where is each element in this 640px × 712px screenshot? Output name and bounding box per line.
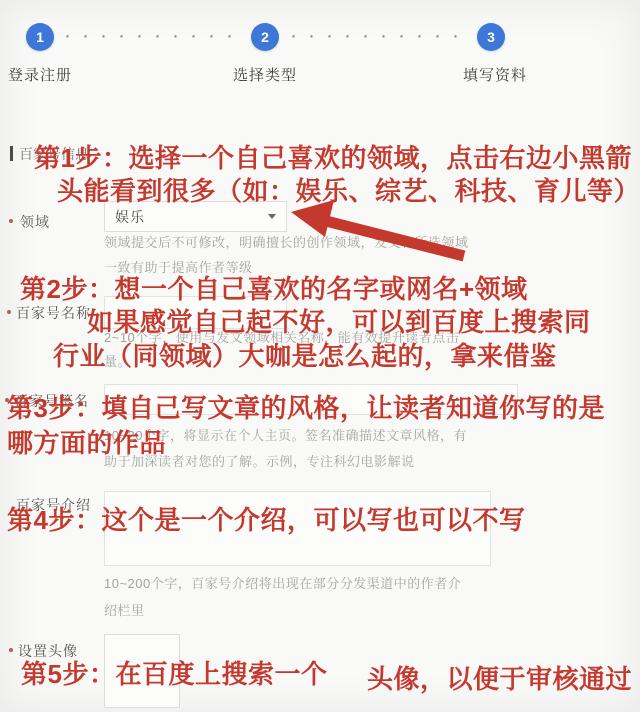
signature-field-label: 百家号签名 xyxy=(14,391,89,411)
avatar-field-label: 设置头像 xyxy=(18,641,78,661)
annotation-step5-part2: 头像，以便于审核通过 xyxy=(367,659,632,696)
avatar-upload-box[interactable] xyxy=(104,634,180,708)
intro-help-text: 10~200个字，百家号介绍将出现在部分分发渠道中的作者介 绍栏里 xyxy=(104,570,461,624)
step-number: 1 xyxy=(36,29,44,45)
section-title-bar xyxy=(10,146,13,161)
signature-input[interactable] xyxy=(104,384,518,415)
step-number: 3 xyxy=(487,29,495,45)
domain-field-label: 领域 xyxy=(20,212,50,232)
intro-field-label: 百家号介绍 xyxy=(16,495,91,515)
required-marker xyxy=(7,310,11,314)
domain-select[interactable]: 娱乐 xyxy=(104,201,287,232)
step-label-type: 选择类型 xyxy=(233,64,297,85)
step-label-login: 登录注册 xyxy=(8,64,72,85)
step-circle-2: 2 xyxy=(251,23,279,51)
required-marker xyxy=(9,648,13,652)
step-circle-1: 1 xyxy=(26,23,54,51)
intro-textarea[interactable] xyxy=(104,491,491,566)
step-circle-3: 3 xyxy=(477,23,505,51)
baijiahao-signup-page: 1 ·········· 2 ·········· 3 登录注册 选择类型 填写… xyxy=(0,0,640,712)
signature-help-text: 10~20个字，将显示在个人主页。签名准确描述文章风格，有 助于加深读者对您的了… xyxy=(104,423,467,475)
required-marker xyxy=(9,219,13,223)
chevron-down-icon xyxy=(268,214,276,219)
stepper-dots: ·········· xyxy=(64,24,246,48)
section-title: 百家号信息 xyxy=(19,144,89,164)
annotation-step1-line1: 第1步：选择一个自己喜欢的领域，点击右边小黑箭 xyxy=(34,138,632,175)
required-marker xyxy=(5,398,9,402)
domain-select-value: 娱乐 xyxy=(105,207,268,227)
name-field-label: 百家号名称 xyxy=(16,303,91,323)
step-number: 2 xyxy=(261,29,269,45)
domain-help-text: 领域提交后不可修改，明确擅长的创作领域，发文和所选领域 一致有助于提高作者等级 xyxy=(104,230,469,280)
name-help-text: 2~10个字，使用与发文领域相关名称，能有效提升读者点击 量。 xyxy=(104,326,459,374)
step-label-info: 填写资料 xyxy=(463,64,527,85)
stepper-dots: ·········· xyxy=(290,24,472,48)
name-input[interactable] xyxy=(104,296,287,329)
